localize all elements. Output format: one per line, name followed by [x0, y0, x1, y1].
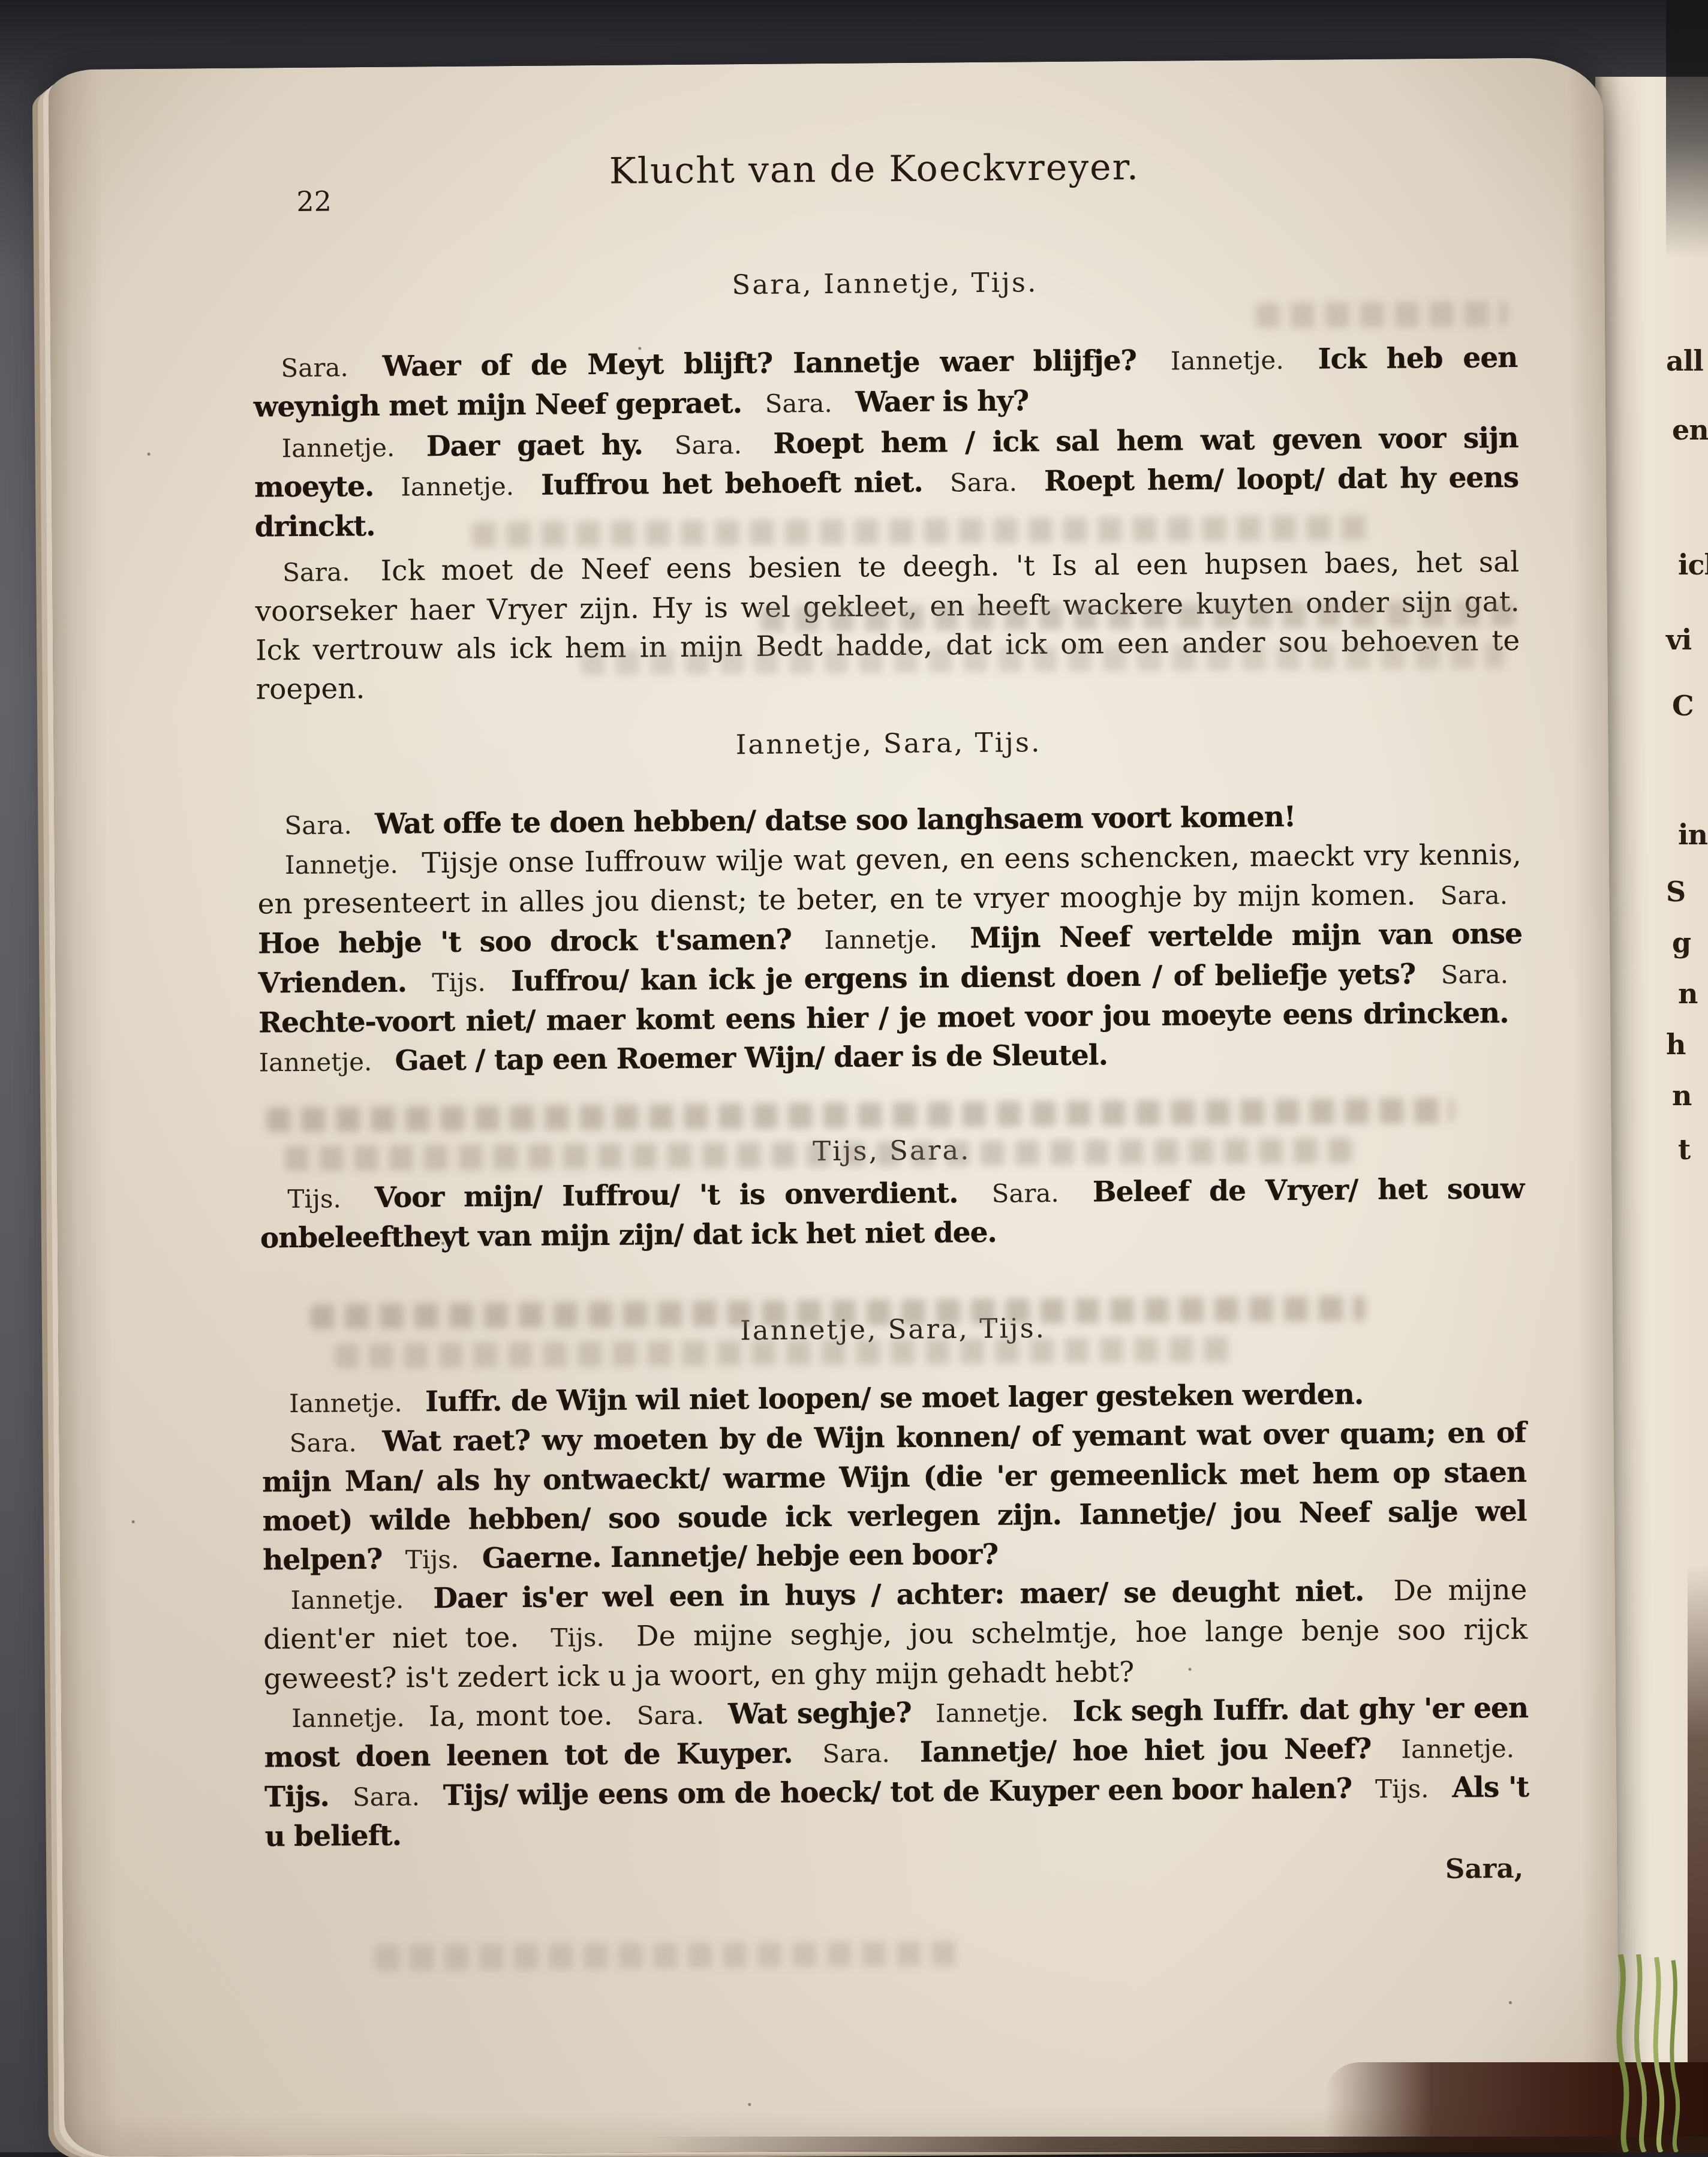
- speaker-name: Sara.: [1441, 959, 1509, 989]
- play-text: Sara, Iannetje, Tijs.Sara. Waer of de Me…: [252, 262, 1529, 1856]
- speaker-name: Sara.: [281, 353, 348, 383]
- speaker-name: Sara.: [282, 557, 350, 587]
- backdrop-fabric: [1666, 0, 1708, 258]
- speaker-name: Iannetje.: [824, 925, 937, 955]
- speaker-name: Sara.: [1440, 880, 1508, 910]
- marginal-text-fragment: en: [1672, 414, 1708, 446]
- speaker-name: Iannetje.: [1401, 1734, 1514, 1764]
- speaker-name: Iannetje.: [401, 471, 514, 501]
- dialogue-blackletter: Voor mijn/ Iuffrou/ 't is onverdient.: [374, 1177, 958, 1214]
- dialogue-roman: Tijsje onse Iuffrouw wilje wat geven, en…: [257, 838, 1521, 921]
- paper-speck: [148, 453, 151, 456]
- speaker-name: Sara.: [991, 1178, 1059, 1208]
- dialogue-paragraph: Iannetje. Daer is'er wel een in huys / a…: [263, 1571, 1527, 1699]
- paper-speck: [1189, 1668, 1192, 1671]
- marginal-text-fragment: vi: [1666, 624, 1691, 656]
- dialogue-paragraph: Sara. Wat raet? wy moeten by de Wijn kon…: [261, 1413, 1527, 1581]
- marginal-text-fragment: g: [1672, 926, 1691, 959]
- catchword: Sara,: [1445, 1852, 1524, 1885]
- speaker-name: Tijs.: [432, 967, 486, 997]
- marginal-text-fragment: t: [1678, 1133, 1690, 1166]
- dialogue-paragraph: Iannetje. Ia, mont toe. Sara. Wat seghje…: [264, 1689, 1529, 1857]
- speaker-name: Iannetje.: [1171, 345, 1284, 375]
- speaker-name: Iannetje.: [285, 850, 398, 880]
- speaker-name: Tijs.: [287, 1184, 341, 1214]
- dialogue-blackletter: Tijs/ wilje eens om de hoeck/ tot de Kuy…: [443, 1772, 1352, 1812]
- marginal-text-fragment: n: [1672, 1079, 1691, 1112]
- ink-bleedthrough: [1256, 301, 1508, 328]
- speaker-name: Sara.: [765, 389, 832, 419]
- text-area: Sara, Iannetje, Tijs.Sara. Waer of de Me…: [252, 262, 1529, 1894]
- bookmark-thread: [1596, 1954, 1704, 2152]
- dialogue-blackletter: Hoe hebje 't soo drock t'samen?: [258, 923, 792, 960]
- dialogue-paragraph: Tijs. Voor mijn/ Iuffrou/ 't is onverdie…: [260, 1169, 1524, 1258]
- dialogue-roman: Ia, mont toe.: [429, 1699, 613, 1733]
- dialogue-blackletter: Iannetje/ hoe hiet jou Neef?: [920, 1732, 1372, 1769]
- book-page: 22 Klucht van de Koeckvreyer. Sara, Iann…: [49, 58, 1619, 2152]
- speaker-name: Iannetje.: [291, 1703, 405, 1733]
- speaker-name: Sara.: [674, 430, 742, 460]
- dialogue-blackletter: Iuffrou het behoeft niet.: [541, 466, 923, 502]
- dialogue-paragraph: Sara. Waer of de Meyt blijft? Iannetje w…: [253, 338, 1518, 428]
- speaker-name: Sara.: [950, 467, 1018, 497]
- speaker-name: Sara.: [289, 1428, 357, 1458]
- paper-speck: [441, 1242, 444, 1245]
- speaker-name: Iannetje.: [936, 1698, 1049, 1728]
- dialogue-paragraph: Iannetje. Tijsje onse Iuffrouw wilje wat…: [257, 835, 1523, 1082]
- speaker-name: Sara.: [822, 1738, 890, 1768]
- paper-speck: [1426, 646, 1429, 649]
- dialogue-blackletter: Rechte-voort niet/ maer komt eens hier /…: [258, 997, 1509, 1039]
- dialogue-blackletter: Iuffrou/ kan ick je ergens in dienst doe…: [511, 958, 1416, 998]
- speaker-name: Sara.: [284, 810, 352, 840]
- marginal-text-fragment: C: [1672, 690, 1694, 722]
- paper-speck: [638, 347, 641, 350]
- dialogue-blackletter: Gaet / tap een Roemer Wijn/ daer is de S…: [395, 1039, 1108, 1077]
- ink-bleedthrough: [375, 1941, 963, 1971]
- marginal-text-fragment: n: [1678, 977, 1697, 1010]
- book-edge-shadow: [0, 2137, 1708, 2152]
- running-title: Klucht van de Koeckvreyer.: [229, 143, 1520, 195]
- marginal-text-fragment: ick: [1678, 549, 1708, 581]
- dialogue-blackletter: Daer gaet hy.: [426, 428, 643, 463]
- dialogue-blackletter: Iuffr. de Wijn wil niet loopen/ se moet …: [425, 1378, 1363, 1418]
- catchword-row: Sara,: [265, 1852, 1529, 1894]
- marginal-text-fragment: S: [1666, 876, 1685, 908]
- marginal-text-fragment: in: [1678, 819, 1707, 851]
- speaker-name: Tijs.: [1375, 1774, 1429, 1804]
- marginal-text-fragment: all: [1666, 345, 1703, 377]
- speaker-name: Tijs.: [405, 1545, 459, 1575]
- scene-heading: Iannetje, Sara, Tijs.: [256, 722, 1520, 765]
- paper-speck: [132, 1520, 135, 1523]
- paper-speck: [748, 2103, 751, 2106]
- dialogue-blackletter: Gaerne. Iannetje/ hebje een boor?: [482, 1538, 999, 1575]
- dialogue-blackletter: Wat seghje?: [728, 1696, 912, 1731]
- dialogue-blackletter: Daer is'er wel een in huys / achter: mae…: [433, 1575, 1364, 1615]
- speaker-name: Iannetje.: [290, 1585, 404, 1615]
- speaker-name: Tijs.: [551, 1623, 605, 1653]
- dialogue-blackletter: Tijs.: [264, 1780, 329, 1814]
- speaker-name: Iannetje.: [289, 1388, 402, 1418]
- dialogue-blackletter: Wat offe te doen hebben/ datse soo langh…: [375, 801, 1296, 841]
- dialogue-blackletter: Waer is hy?: [855, 384, 1029, 419]
- marginal-text-fragment: h: [1666, 1028, 1685, 1061]
- speaker-name: Iannetje.: [258, 1047, 372, 1077]
- dialogue-blackletter: Waer of de Meyt blijft? Iannetje waer bl…: [382, 344, 1136, 383]
- speaker-name: Sara.: [353, 1782, 420, 1812]
- paper-speck: [1509, 2001, 1512, 2004]
- speaker-name: Sara.: [637, 1701, 705, 1731]
- scene-heading: Sara, Iannetje, Tijs.: [252, 262, 1517, 305]
- speaker-name: Iannetje.: [281, 433, 395, 463]
